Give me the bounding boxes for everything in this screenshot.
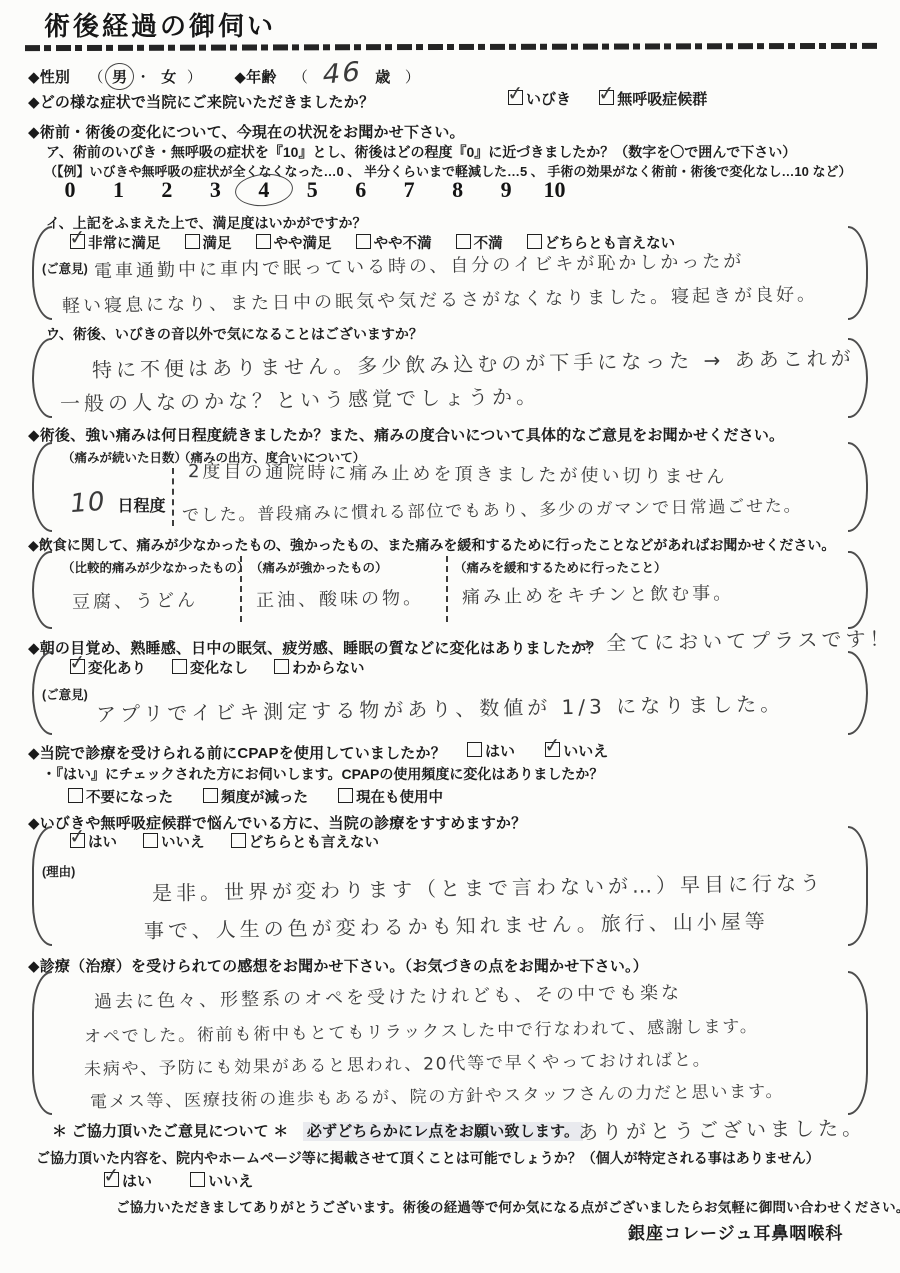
sleep-option: わからない [274, 661, 365, 677]
consent-option-yes: はい [104, 1173, 152, 1190]
diet-col3-value: 痛み止めをキチンと飲む事。 [462, 579, 734, 609]
recommend-options: はい いいえ どちらとも言えない [70, 831, 379, 852]
cpap-followup-option: 頻度が減った [203, 790, 308, 806]
diet-col2-value: 正油、酸味の物。 [256, 584, 424, 613]
scale-number: 8 [436, 177, 480, 203]
sleep-comment-label: (ご意見) [42, 685, 88, 703]
checkbox-icon [70, 234, 85, 249]
gender-option-female: 女 [161, 69, 176, 86]
gender-age-row: ◆性別 （ 男 ・ 女 ） ◆年齢 （ 46 歳 ） [28, 58, 420, 89]
scale-number: 9 [484, 177, 528, 203]
checkbox-icon [545, 742, 560, 757]
scale-number: 0 [48, 177, 92, 203]
recommend-option: どちらとも言えない [231, 835, 380, 851]
checkbox-icon [527, 234, 542, 249]
checkbox-icon [599, 90, 614, 105]
checkbox-icon [104, 1172, 119, 1187]
checkbox-icon [190, 1172, 205, 1187]
checkbox-icon [143, 833, 158, 848]
impression-comment-box: 過去に色々、形整系のオペを受けたけれども、その中でも楽な オペでした。術前も術中… [32, 971, 868, 1115]
cpap-followup-option: 現在も使用中 [338, 790, 443, 806]
diet-col1-label: （比較的痛みが少なかったもの） [62, 558, 250, 576]
consent-note-request: 必ずどちらかにレ点をお願い致します。 [303, 1122, 583, 1141]
checkbox-icon [68, 788, 83, 803]
diet-col3-label: （痛みを緩和するために行ったこと） [454, 558, 667, 576]
consent-question: ご協力頂いた内容を、院内やホームページ等に掲載させて頂くことは可能でしょうか？（… [36, 1148, 820, 1168]
satisfaction-comment-box: 非常に満足 満足 やや満足 やや不満 不満 どちらとも言えない (ご意見) 電車… [32, 226, 868, 320]
impression-line2: オペでした。術前も術中もとてもリラックスした中で行なわれて、感謝します。 [84, 1012, 759, 1048]
cpap-followup-question: ・『はい』にチェックされた方にお伺いします。CPAPの使用頻度に変化はありました… [42, 764, 603, 784]
checkbox-icon [508, 90, 523, 105]
consent-note-prefix: ＊ ご協力頂いたご意見について ＊ [52, 1123, 288, 1140]
checkbox-icon [338, 788, 353, 803]
age-label: ◆年齢 [234, 69, 276, 86]
recommend-option: はい [70, 835, 117, 851]
diet-col2-label: （痛みが強かったもの） [250, 558, 388, 576]
consent-options: はい いいえ [104, 1170, 253, 1191]
change-heading: ◆術前・術後の変化について、今現在の状況をお聞かせ下さい。 [28, 121, 465, 142]
cpap-options: はい いいえ [467, 740, 608, 761]
age-value: 46 [320, 56, 364, 91]
impression-line3: 未病や、予防にも効果があると思われ、20代等で早くやっておければと。 [84, 1045, 712, 1080]
scale-number: 6 [339, 177, 383, 203]
impression-line1: 過去に色々、形整系のオペを受けたけれども、その中でも楽な [94, 978, 682, 1013]
pain-detail-line1: 2度目の通院時に痛み止めを頂きましたが使い切りません [188, 457, 728, 489]
concerns-line1: 特に不便はありません。多少飲み込むのが下手になった → ああこれが [92, 342, 855, 383]
diet-divider-2 [446, 556, 448, 622]
sleep-option: 変化あり [70, 661, 146, 677]
cpap-followup-options: 不要になった 頻度が減った 現在も使用中 [68, 786, 443, 807]
pain-column-divider [172, 468, 174, 526]
title-divider [25, 43, 878, 51]
pain-days-value: 10 [68, 487, 107, 519]
scanned-survey-document: 術後経過の御伺い ◆性別 （ 男 ・ 女 ） ◆年齢 （ 46 歳 ） ◆どの様… [0, 0, 900, 1273]
satisfaction-option: やや不満 [356, 236, 432, 252]
sleep-option: 変化なし [172, 661, 248, 677]
symptom-question: ◆どの様な症状で当院にご来院いただきましたか？ [28, 91, 374, 112]
cpap-followup-option: 不要になった [68, 790, 173, 806]
concerns-comment-box: 特に不便はありません。多少飲み込むのが下手になった → ああこれが 一般の人なの… [32, 338, 868, 418]
scale-number: 10 [533, 177, 577, 203]
symptom-option-apnea: 無呼吸症候群 [599, 91, 707, 108]
form-title: 術後経過の御伺い [44, 6, 276, 43]
satisfaction-option: やや満足 [256, 236, 332, 252]
satisfaction-option: 非常に満足 [70, 236, 161, 252]
cpap-option-yes: はい [467, 743, 515, 760]
consent-thanks-handwritten: ありがとうございました。 [578, 1112, 866, 1146]
pain-days-answer: 10 日程度 [70, 488, 166, 518]
checkbox-icon [70, 833, 85, 848]
checkbox-icon [274, 659, 289, 674]
diet-answer-box: （比較的痛みが少なかったもの） （痛みが強かったもの） （痛みを緩和するために行… [32, 551, 868, 629]
scale-number: 7 [387, 177, 431, 203]
checkbox-icon [231, 833, 246, 848]
checkbox-icon [185, 234, 200, 249]
gender-option-male: 男 [112, 66, 127, 87]
consent-note: ＊ ご協力頂いたご意見について ＊ 必ずどちらかにレ点をお願い致します。 [52, 1120, 583, 1141]
sleep-comment-box: 変化あり 変化なし わからない (ご意見) アプリでイビキ測定する物があり、数値… [32, 651, 868, 735]
diet-col1-value: 豆腐、うどん [72, 586, 198, 614]
impression-line4: 電メス等、医療技術の進歩もあるが、院の方針やスタッフさんの力だと思います。 [90, 1077, 785, 1113]
recommend-reason-label: (理由) [42, 862, 75, 880]
scale-number: 4 [242, 177, 286, 203]
recommend-reason-line1: 是非。世界が変わります（とまで言わないが…）早目に行なう [152, 867, 824, 907]
pain-days-unit: 日程度 [118, 498, 166, 515]
cpap-question: ◆当院で診療を受けられる前にCPAPを使用していましたか？ [28, 742, 446, 763]
rating-scale: 0 1 2 3 4 5 6 7 8 9 10 [48, 177, 577, 203]
change-question-a: ア、術前のいびき・無呼吸の症状を『10』とし、術後はどの程度『0』に近づきました… [46, 142, 796, 162]
scale-number: 2 [145, 177, 189, 203]
checkbox-icon [203, 788, 218, 803]
concerns-line2: 一般の人なのかな？という感覚でしょうか。 [60, 380, 540, 417]
recommend-option: いいえ [143, 835, 205, 851]
checkbox-icon [467, 742, 482, 757]
age-unit: 歳 [375, 69, 390, 86]
checkbox-icon [256, 234, 271, 249]
scale-number: 3 [193, 177, 237, 203]
checkbox-icon [356, 234, 371, 249]
symptom-options: いびき 無呼吸症候群 [508, 88, 707, 109]
scale-number: 5 [290, 177, 334, 203]
satisfaction-option: 不満 [456, 236, 503, 252]
symptom-option-snoring: いびき [508, 91, 575, 108]
satisfaction-comment-line2: 軽い寝息になり、また日中の眠気や気だるさがなくなりました。寝起きが良好。 [62, 280, 818, 318]
clinic-name: 銀座コレージュ耳鼻咽喉科 [628, 1219, 843, 1244]
footer-thanks: ご協力いただきましてありがとうございます。術後の経過等で何か気になる点がございま… [116, 1196, 900, 1216]
comment-label: (ご意見) [42, 259, 88, 277]
sleep-comment: アプリでイビキ測定する物があり、数値が 1/3 になりました。 [96, 688, 784, 728]
scale-number: 1 [96, 177, 140, 203]
pain-days-label: （痛みが続いた日数） [62, 448, 187, 466]
checkbox-icon [70, 659, 85, 674]
recommend-reason-box: はい いいえ どちらとも言えない (理由) 是非。世界が変わります（とまで言わな… [32, 826, 868, 946]
sleep-options: 変化あり 変化なし わからない [70, 657, 365, 678]
recommend-reason-line2: 事で、人生の色が変わるかも知れません。旅行、山小屋等 [144, 905, 769, 944]
diet-divider-1 [240, 556, 242, 622]
pain-detail-line2: でした。普段痛みに慣れる部位でもあり、多少のガマンで日常過ごせた。 [182, 491, 803, 526]
satisfaction-option: 満足 [185, 236, 232, 252]
checkbox-icon [172, 659, 187, 674]
consent-option-no: いいえ [190, 1173, 253, 1190]
cpap-option-no: いいえ [545, 743, 608, 760]
gender-label: ◆性別 [28, 69, 70, 86]
checkbox-icon [456, 234, 471, 249]
pain-answer-box: （痛みが続いた日数） （痛みの出方、度合いについて） 10 日程度 2度目の通院… [32, 442, 868, 532]
